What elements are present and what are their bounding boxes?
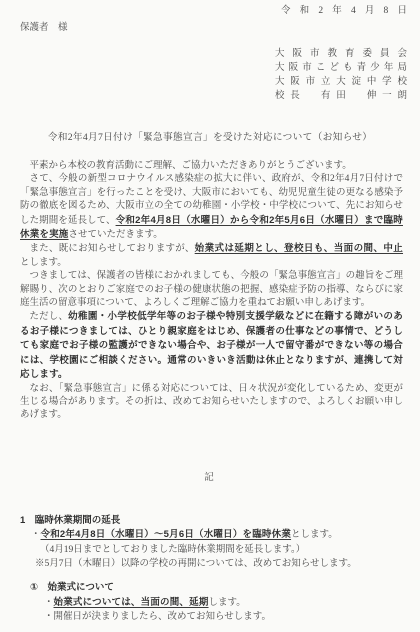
- sender-line-children-youth-bureau: 大阪市こども青少年局: [275, 61, 407, 75]
- section-1-heading: 1 臨時休業期間の延長: [20, 514, 403, 528]
- section-1-item-closure-dates: ・令和2年4月8日（水曜日）～5月6日（水曜日）を臨時休業とします。: [31, 528, 403, 542]
- subsection-opening-ceremony: ① 始業式について ・始業式については、当面の間、延期します。 ・開催日が決まり…: [30, 581, 403, 624]
- date-line: 令和2年4月8日: [281, 5, 407, 18]
- paragraph-closure-extension: さて、今般の新型コロナウイルス感染症の拡大に伴い、政府が、令和2年4月7日付けで…: [20, 173, 403, 242]
- document-title: 令和2年4月7日付け「緊急事態宣言」を受けた対応について（お知らせ）: [10, 131, 410, 144]
- paragraph-greeting: 平素から本校の教育活動にご理解、ご協力いただきありがとうございます。: [20, 160, 403, 173]
- subsection-1-heading: ① 始業式について: [30, 581, 403, 595]
- sender-line-principal: 校長 有田 伸一朗: [275, 89, 407, 103]
- paragraph-ceremony-postponed: また、既にお知らせしておりますが、始業式は延期とし、登校日も、当面の間、中止とし…: [20, 242, 403, 270]
- ki-marker: 記: [0, 472, 420, 485]
- sender-line-board-of-education: 大阪市教育委員会: [275, 47, 407, 61]
- paragraph-subject-to-change: なお、「緊急事態宣言」に係る対応については、日々状況が変化しているため、変更が生…: [20, 383, 403, 423]
- sender-block: 大阪市教育委員会 大阪市こども青少年局 大阪市立大淀中学校 校長 有田 伸一朗: [275, 47, 407, 103]
- paragraph-childcare-exception: ただし、幼稚園・小学校低学年等のお子様や特別支援学級などに在籍する障がいのあるお…: [20, 310, 403, 382]
- subsection-1-item-postponed: ・始業式については、当面の間、延期します。: [44, 596, 403, 610]
- document-page: 令和2年4月8日 保護者 様 大阪市教育委員会 大阪市こども青少年局 大阪市立大…: [0, 0, 420, 632]
- body-text: 平素から本校の教育活動にご理解、ご協力いただきありがとうございます。 さて、今般…: [20, 160, 403, 423]
- sender-line-school: 大阪市立大淀中学校: [275, 75, 407, 89]
- section-1-note-reopening: ※5月7日（木曜日）以降の学校の再開については、改めてお知らせします。: [35, 557, 403, 571]
- recipient-line: 保護者 様: [20, 22, 420, 35]
- subsection-1-item-notice: ・開催日が決まりましたら、改めてお知らせします。: [44, 610, 403, 624]
- section-closure-period: 1 臨時休業期間の延長 ・令和2年4月8日（水曜日）～5月6日（水曜日）を臨時休…: [20, 514, 403, 572]
- paragraph-request-to-guardians: つきましては、保護者の皆様におかれましても、今般の「緊急事態宣言」の趣旨をご理解…: [20, 270, 403, 310]
- section-1-note-extension: （4月19日までとしておりました臨時休業期間を延長します。）: [40, 543, 403, 557]
